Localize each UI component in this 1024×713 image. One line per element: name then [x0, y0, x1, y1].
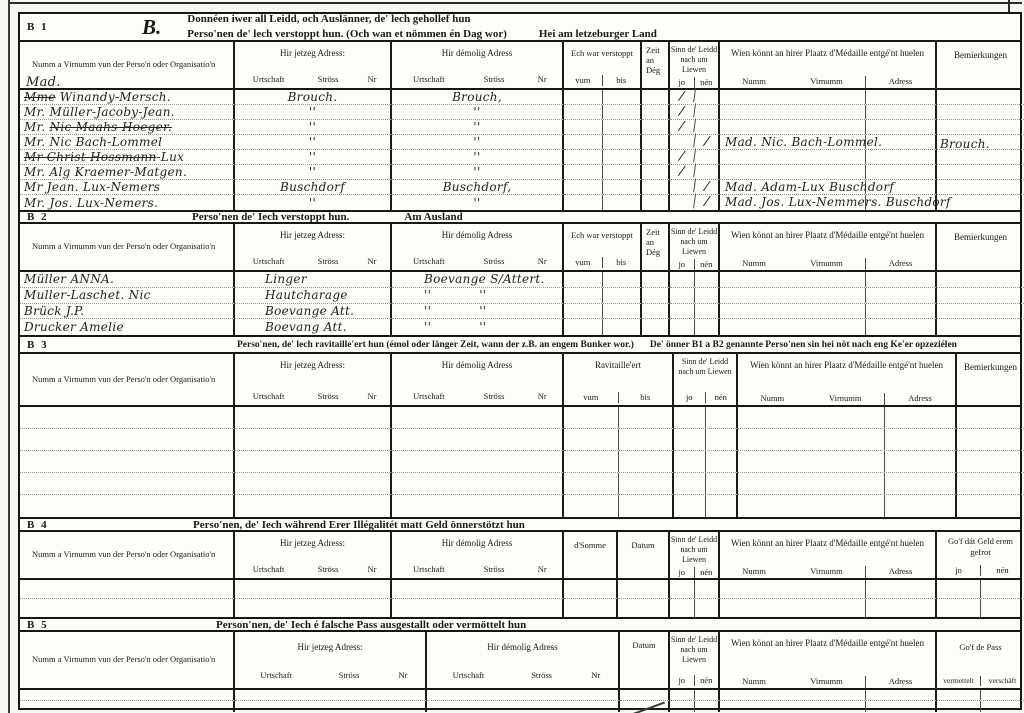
wien-cell	[738, 407, 957, 429]
sinn-cell	[670, 304, 720, 320]
table-row: Mr. Alg Kraemer-Matgen. '' '' /	[20, 165, 1020, 180]
table-row	[20, 599, 1020, 618]
vum-label: vum	[564, 75, 602, 86]
table-row	[20, 690, 1020, 701]
urtschaft-label: Urtschaft	[392, 256, 466, 266]
nr-label: Nr	[522, 391, 562, 401]
col-header-jetzeg-adress: Hir jetzeg Adress: UrtschaftStrössNr	[235, 224, 392, 270]
nen-label: nén	[980, 565, 1024, 576]
name-cell: Mme Winandy-Mersch.	[20, 90, 235, 105]
verstoppt-cell	[564, 135, 642, 150]
bemierkungen-cell	[937, 105, 1024, 120]
demolig-cell: ''	[392, 135, 564, 150]
name-cell: Mr Jean. Lux-Nemers	[20, 180, 235, 195]
demolig-cell	[392, 407, 564, 429]
jetzeg-cell: ''	[235, 195, 392, 210]
virnumm-label: Virnumm	[810, 76, 843, 86]
col-header-name: Numm a Virnumm vun der Perso'n oder Orga…	[20, 42, 235, 88]
nr-label: Nr	[354, 564, 390, 574]
demolig-cell: ''	[392, 150, 564, 165]
ravitailleert-label: Ravitaille'ert	[564, 354, 672, 371]
stross-label: Ströss	[466, 256, 523, 266]
section-id: B 1	[20, 21, 110, 33]
jo-label: jo	[670, 567, 694, 578]
wien-label: Wien könnt an hirer Plaatz d'Médaille en…	[720, 42, 935, 59]
gof-geld-cell	[937, 599, 1024, 618]
table-row	[20, 495, 1020, 517]
jetzeg-cell: ''	[235, 150, 392, 165]
col-header-sinn: Sinn de' Leidd nach um Liewen jonén	[670, 42, 720, 88]
sinn-label: Sinn de' Leidd nach um Liewen	[670, 632, 718, 665]
demolig-cell: ''	[392, 195, 564, 210]
zeit-cell	[642, 165, 670, 180]
handwritten-mad: Mad.	[26, 76, 61, 89]
nr-label: Nr	[381, 670, 425, 680]
demolig-cell	[392, 429, 564, 451]
stross-label: Ströss	[302, 74, 354, 84]
bemierkungen-cell	[937, 304, 1024, 320]
section-title-line1: Donnéen iwer all Leidd, och Auslänner, d…	[187, 13, 657, 26]
sinn-cell	[674, 407, 738, 429]
table-row: Drucker Amelie Boevang Att. ''''	[20, 319, 1020, 335]
urtschaft-label: Urtschaft	[235, 670, 317, 680]
section-id: B 3	[20, 339, 110, 351]
nr-label: Nr	[522, 256, 562, 266]
wien-cell	[720, 319, 937, 335]
section-b5: B 5 Person'nen, de' Iech é falsche Pass …	[20, 617, 1020, 712]
urtschaft-label: Urtschaft	[235, 256, 302, 266]
wien-cell: Mad. Jos. Lux-Nemmers. Buschdorf	[720, 195, 937, 210]
wien-cell	[720, 690, 937, 701]
col-header-datum: Datum	[618, 532, 670, 578]
b4-column-headers: Numm a Virnumm vun der Perso'n oder Orga…	[20, 532, 1020, 580]
datum-cell	[618, 580, 670, 599]
jetzeg-cell: Hautcharage	[235, 288, 392, 304]
wien-label: Wien könnt an hirer Plaatz d'Médaille en…	[720, 532, 935, 549]
section-title-line2: Perso'nen de' lech verstoppt hun. (Och w…	[187, 28, 507, 40]
zeit-label: Zeit an Dég	[646, 45, 668, 76]
zeit-cell	[642, 304, 670, 320]
name-cell	[20, 429, 235, 451]
nr-label: Nr	[522, 74, 562, 84]
jetzeg-label: Hir jetzeg Adress:	[235, 224, 390, 241]
zeit-cell	[642, 319, 670, 335]
wien-cell	[720, 90, 937, 105]
section-title: Perso'nen, de' lech ravitaille'ert hun (…	[237, 340, 634, 350]
scan-edge-tick	[1008, 0, 1010, 12]
col-header-verstoppt: Ech war verstoppt vumbis	[564, 224, 642, 270]
stross-label: Ströss	[466, 391, 523, 401]
table-row: Mr Jean. Lux-Nemers Buschdorf Buschdorf,…	[20, 180, 1020, 195]
col-header-name: Numm a Virnumm vun der Perso'n oder Orga…	[20, 354, 235, 405]
jetzeg-cell: Boevange Att.	[235, 304, 392, 320]
name-cell	[20, 495, 235, 517]
col-header-wien: Wien könnt an hirer Plaatz d'Médaille en…	[720, 532, 937, 578]
wien-cell	[738, 473, 957, 495]
sinn-label: Sinn de' Leidd nach um Liewen	[674, 354, 736, 377]
demolig-cell	[392, 473, 564, 495]
demolig-cell: ''''	[392, 319, 564, 335]
table-row	[20, 580, 1020, 599]
demolig-cell: ''	[392, 120, 564, 135]
name-cell: Drucker Amelie	[20, 319, 235, 335]
jetzeg-cell: ''	[235, 165, 392, 180]
virnumm-label: Virnumm	[810, 566, 843, 576]
demolig-cell: ''	[392, 105, 564, 120]
ravitailleert-cell	[564, 495, 674, 517]
adress-label: Adress	[865, 676, 935, 688]
name-cell: Mr. Müller-Jacoby-Jean.	[20, 105, 235, 120]
gof-pass-cell	[937, 701, 1024, 712]
name-col-label: Numm a Virnumm vun der Perso'n oder Orga…	[32, 241, 223, 252]
bemierkungen-cell	[937, 288, 1024, 304]
demolig-cell: ''''	[392, 288, 564, 304]
b3-table-body	[20, 407, 1020, 517]
col-header-demolig-adress: Hir démolig Adress UrtschaftStrössNr	[392, 42, 564, 88]
section-b4: B 4 Perso'nen, de' Iech während Erer Ill…	[20, 517, 1020, 617]
bemierkungen-label: Bemierkungen	[937, 50, 1024, 60]
col-header-ravitailleert: Ravitaille'ert vumbis	[564, 354, 674, 405]
questionnaire-form: B 1 B. Donnéen iwer all Leidd, och Auslä…	[18, 12, 1022, 710]
jetzeg-cell	[235, 495, 392, 517]
zeit-cell	[642, 195, 670, 210]
jo-label: jo	[674, 392, 705, 403]
jetzeg-cell	[235, 429, 392, 451]
wien-cell	[738, 429, 957, 451]
demolig-cell: Boevange S/Attert.	[392, 272, 564, 288]
zeit-cell	[642, 150, 670, 165]
sinn-label: Sinn de' Leidd nach um Liewen	[670, 532, 718, 565]
adress-label: Adress	[865, 258, 935, 270]
wien-cell	[720, 150, 937, 165]
sinn-cell	[670, 690, 720, 701]
bemierkungen-label: Bemierkungen	[957, 362, 1024, 372]
section-b3: B 3 Perso'nen, de' lech ravitaille'ert h…	[20, 335, 1020, 517]
bis-label: bis	[618, 392, 673, 403]
verschaft-label: verschäft	[980, 676, 1024, 686]
jetzeg-cell	[235, 473, 392, 495]
nen-label: nén	[694, 259, 719, 270]
zeit-cell	[642, 120, 670, 135]
wien-cell	[720, 580, 937, 599]
verstoppt-cell	[564, 90, 642, 105]
col-header-bemierkungen: Bemierkungen	[937, 42, 1024, 88]
zeit-cell	[642, 272, 670, 288]
name-cell	[20, 690, 235, 701]
gof-pass-cell	[937, 690, 1024, 701]
demolig-cell: Buschdorf,	[392, 180, 564, 195]
section-id: B 5	[20, 619, 110, 631]
urtschaft-label: Urtschaft	[392, 74, 466, 84]
section-big-letter: B.	[142, 15, 161, 40]
wien-cell	[738, 451, 957, 473]
urtschaft-label: Urtschaft	[427, 670, 510, 680]
section-id: B 4	[20, 519, 110, 531]
demolig-label: Hir démolig Adress	[392, 224, 562, 241]
nen-label: nén	[694, 675, 719, 686]
section-id: B 2	[20, 211, 110, 223]
jetzeg-cell: ''	[235, 120, 392, 135]
jetzeg-cell: ''	[235, 135, 392, 150]
b4-table-body	[20, 580, 1020, 617]
col-header-wien: Wien könnt an hirer Plaatz d'Médaille en…	[738, 354, 957, 405]
urtschaft-label: Urtschaft	[392, 391, 466, 401]
col-header-wien: Wien könnt an hirer Plaatz d'Médaille en…	[720, 42, 937, 88]
demolig-cell	[392, 599, 564, 618]
name-col-label: Numm a Virnumm vun der Perso'n oder Orga…	[32, 59, 223, 70]
stross-label: Ströss	[466, 564, 523, 574]
stross-label: Ströss	[466, 74, 523, 84]
verstoppt-cell	[564, 304, 642, 320]
col-header-sinn: Sinn de' Leidd nach um Liewen jonén	[670, 532, 720, 578]
gof-pass-label: Go'f de Pass	[937, 632, 1024, 653]
bemierkungen-cell: Brouch.	[937, 135, 1024, 150]
jetzeg-cell: Buschdorf	[235, 180, 392, 195]
zeit-cell	[642, 105, 670, 120]
b5-column-headers: Numm a Virnumm vun der Perso'n oder Orga…	[20, 632, 1020, 690]
jetzeg-label: Hir jetzeg Adress:	[235, 632, 425, 653]
sinn-cell: /	[670, 195, 720, 210]
bemierkungen-cell	[957, 473, 1024, 495]
wien-label: Wien könnt an hirer Plaatz d'Médaille en…	[720, 224, 935, 241]
bemierkungen-cell	[957, 429, 1024, 451]
name-col-label: Numm a Virnumm vun der Perso'n oder Orga…	[32, 374, 223, 385]
datum-label: Datum	[618, 540, 668, 550]
adress-label: Adress	[865, 76, 935, 88]
name-cell: Müller ANNA.	[20, 272, 235, 288]
adress-label: Adress	[865, 566, 935, 578]
numm-label: Numm	[742, 258, 766, 268]
section-title: Perso'nen, de' Iech während Erer Illégal…	[193, 519, 525, 531]
wien-cell	[720, 120, 937, 135]
jetzeg-cell: ''	[235, 105, 392, 120]
table-row: Muller-Laschet. Nic Hautcharage ''''	[20, 288, 1020, 304]
vum-label: vum	[564, 257, 602, 268]
col-header-jetzeg-adress: Hir jetzeg Adress: UrtschaftStrössNr	[235, 354, 392, 405]
demolig-cell	[427, 701, 620, 712]
wien-cell	[738, 495, 957, 517]
bis-label: bis	[602, 257, 641, 268]
sinn-cell	[670, 319, 720, 335]
section-title: Person'nen, de' Iech é falsche Pass ausg…	[216, 619, 526, 631]
wien-cell	[720, 288, 937, 304]
name-cell: Brück J.P.	[20, 304, 235, 320]
verstoppt-cell	[564, 165, 642, 180]
b2-table-body: Müller ANNA. Linger Boevange S/Attert. M…	[20, 272, 1020, 335]
name-cell: Mr Christ Hossmann-Lux	[20, 150, 235, 165]
verstoppt-label: Ech war verstoppt	[564, 42, 640, 59]
jo-label: jo	[670, 259, 694, 270]
jo-label: jo	[937, 565, 980, 576]
col-header-jetzeg-adress: Hir jetzeg Adress: UrtschaftStrössNr	[235, 532, 392, 578]
jetzeg-cell	[235, 451, 392, 473]
col-header-bemierkungen: Bemierkungen	[937, 224, 1024, 270]
section-title-right: Am Ausland	[404, 211, 462, 223]
col-header-wien: Wien könnt an hirer Plaatz d'Médaille en…	[720, 224, 937, 270]
col-header-verstoppt: Ech war verstoppt vumbis	[564, 42, 642, 88]
sinn-cell	[674, 429, 738, 451]
zeit-label: Zeit an Dég	[646, 227, 668, 258]
zeit-cell	[642, 288, 670, 304]
table-row: Brück J.P. Boevange Att. ''''	[20, 304, 1020, 320]
col-header-somme: d'Somme	[564, 532, 618, 578]
stross-label: Ströss	[510, 670, 574, 680]
nen-label: nén	[694, 77, 719, 88]
col-header-zeit: Zeit an Dég	[642, 42, 670, 88]
name-cell	[20, 599, 235, 618]
section-b1-title: B 1 B. Donnéen iwer all Leidd, och Auslä…	[20, 14, 1020, 42]
verstoppt-cell	[564, 180, 642, 195]
stross-label: Ströss	[302, 256, 354, 266]
wien-cell	[720, 272, 937, 288]
ravitailleert-cell	[564, 429, 674, 451]
table-row: Mr. Müller-Jacoby-Jean. '' '' /	[20, 105, 1020, 120]
demolig-label: Hir démolig Adress	[392, 354, 562, 371]
col-header-demolig-adress: Hir démolig Adress UrtschaftStrössNr	[427, 632, 620, 688]
col-header-jetzeg-adress: Hir jetzeg Adress: UrtschaftStrössNr	[235, 632, 427, 688]
urtschaft-label: Urtschaft	[235, 564, 302, 574]
wien-cell: Mad. Adam-Lux Buschdorf	[720, 180, 937, 195]
urtschaft-label: Urtschaft	[235, 74, 302, 84]
col-header-name: Numm a Virnumm vun der Perso'n oder Orga…	[20, 632, 235, 688]
bemierkungen-cell	[937, 120, 1024, 135]
section-title-2: De' önner B1 a B2 genannte Perso'nen sin…	[650, 340, 957, 350]
section-b2-title: B 2 Perso'nen de' Iech verstoppt hun. Am…	[20, 210, 1020, 224]
name-cell	[20, 701, 235, 712]
col-header-demolig-adress: Hir démolig Adress UrtschaftStrössNr	[392, 354, 564, 405]
name-col-label: Numm a Virnumm vun der Perso'n oder Orga…	[32, 654, 223, 665]
zeit-cell	[642, 90, 670, 105]
col-header-sinn: Sinn de' Leidd nach um Liewen jonén	[670, 632, 720, 688]
jetzeg-cell	[235, 701, 427, 712]
col-header-demolig-adress: Hir démolig Adress UrtschaftStrössNr	[392, 224, 564, 270]
b1-table-body: Mme Winandy-Mersch. Brouch. Brouch, / Mr…	[20, 90, 1020, 210]
sinn-label: Sinn de' Leidd nach um Liewen	[670, 42, 718, 75]
zeit-cell	[642, 180, 670, 195]
pen-stroke	[623, 702, 665, 713]
jo-label: jo	[670, 675, 694, 686]
vermettelt-label: vermettelt	[937, 676, 980, 686]
sinn-cell	[674, 451, 738, 473]
bemierkungen-label: Bemierkungen	[937, 232, 1024, 242]
virnumm-label: Virnumm	[810, 258, 843, 268]
name-cell	[20, 580, 235, 599]
col-header-gof-pass: Go'f de Pass vermetteltverschäft	[937, 632, 1024, 688]
jetzeg-label: Hir jetzeg Adress:	[235, 42, 390, 59]
col-header-wien: Wien könnt an hirer Plaatz d'Médaille en…	[720, 632, 937, 688]
bemierkungen-cell	[937, 165, 1024, 180]
scan-edge-top	[8, 2, 1022, 4]
urtschaft-label: Urtschaft	[392, 564, 466, 574]
table-row	[20, 407, 1020, 429]
table-row: Mr Christ Hossmann-Lux '' '' /	[20, 150, 1020, 165]
wien-label: Wien könnt an hirer Plaatz d'Médaille en…	[738, 354, 955, 371]
virnumm-label: Virnumm	[829, 393, 862, 403]
name-cell: Mr. Nic Maahs-Hoeger.	[20, 120, 235, 135]
nr-label: Nr	[354, 256, 390, 266]
jetzeg-cell: Boevang Att.	[235, 319, 392, 335]
jetzeg-cell: Brouch.	[235, 90, 392, 105]
gof-geld-cell	[937, 580, 1024, 599]
table-row: Mr. Nic Bach-Lommel '' '' / Mad. Nic. Ba…	[20, 135, 1020, 150]
verstoppt-cell	[564, 319, 642, 335]
numm-label: Numm	[760, 393, 784, 403]
table-row	[20, 429, 1020, 451]
verstoppt-cell	[564, 272, 642, 288]
name-col-label: Numm a Virnumm vun der Perso'n oder Orga…	[32, 549, 223, 560]
section-b1: B 1 B. Donnéen iwer all Leidd, och Auslä…	[20, 14, 1020, 210]
table-row: Müller ANNA. Linger Boevange S/Attert.	[20, 272, 1020, 288]
stross-label: Ströss	[317, 670, 380, 680]
vum-label: vum	[564, 392, 618, 403]
verstoppt-cell	[564, 288, 642, 304]
ravitailleert-cell	[564, 473, 674, 495]
b3-column-headers: Numm a Virnumm vun der Perso'n oder Orga…	[20, 354, 1020, 407]
nr-label: Nr	[354, 74, 390, 84]
bemierkungen-cell	[937, 319, 1024, 335]
nen-label: nén	[705, 392, 737, 403]
col-header-datum: Datum	[620, 632, 670, 688]
col-header-demolig-adress: Hir démolig Adress UrtschaftStrössNr	[392, 532, 564, 578]
name-cell	[20, 451, 235, 473]
col-header-name: Numm a Virnumm vun der Perso'n oder Orga…	[20, 224, 235, 270]
wien-cell	[720, 304, 937, 320]
table-row: Mme Winandy-Mersch. Brouch. Brouch, /	[20, 90, 1020, 105]
bemierkungen-cell	[937, 180, 1024, 195]
demolig-cell: ''''	[392, 304, 564, 320]
demolig-cell	[392, 495, 564, 517]
col-header-gof-geld: Go'f dát Geld erem gefrot jonén	[937, 532, 1024, 578]
b5-table-body	[20, 690, 1020, 712]
b2-column-headers: Numm a Virnumm vun der Perso'n oder Orga…	[20, 224, 1020, 272]
bemierkungen-cell	[957, 495, 1024, 517]
datum-cell	[620, 701, 670, 712]
sinn-cell	[670, 580, 720, 599]
col-header-jetzeg-adress: Hir jetzeg Adress: UrtschaftStrössNr	[235, 42, 392, 88]
adress-label: Adress	[884, 393, 955, 405]
jetzeg-cell	[235, 407, 392, 429]
bemierkungen-cell	[937, 150, 1024, 165]
bis-label: bis	[602, 75, 641, 86]
section-b4-title: B 4 Perso'nen, de' Iech während Erer Ill…	[20, 517, 1020, 532]
urtschaft-label: Urtschaft	[235, 391, 302, 401]
table-row: Mr. Jos. Lux-Nemers. '' '' / Mad. Jos. L…	[20, 195, 1020, 210]
demolig-cell	[392, 451, 564, 473]
col-header-sinn: Sinn de' Leidd nach um Liewen jonén	[674, 354, 738, 405]
demolig-label: Hir démolig Adress	[392, 42, 562, 59]
virnumm-label: Virnumm	[810, 676, 843, 686]
zeit-cell	[642, 135, 670, 150]
somme-cell	[564, 599, 618, 618]
demolig-label: Hir démolig Adress	[427, 632, 618, 653]
numm-label: Numm	[742, 566, 766, 576]
demolig-cell	[427, 690, 620, 701]
wien-cell: Mad. Nic. Bach-Lommel.	[720, 135, 937, 150]
name-cell: Mr. Jos. Lux-Nemers.	[20, 195, 235, 210]
sinn-cell	[670, 599, 720, 618]
section-b5-title: B 5 Person'nen, de' Iech é falsche Pass …	[20, 617, 1020, 632]
datum-label: Datum	[620, 640, 668, 650]
section-title-right: Hei am letzeburger Land	[539, 28, 657, 40]
demolig-cell: ''	[392, 165, 564, 180]
bemierkungen-cell	[937, 272, 1024, 288]
stross-label: Ströss	[302, 564, 354, 574]
col-header-name: Numm a Virnumm vun der Perso'n oder Orga…	[20, 532, 235, 578]
name-cell: Mr. Nic Bach-Lommel	[20, 135, 235, 150]
sinn-cell	[670, 272, 720, 288]
nr-label: Nr	[354, 391, 390, 401]
demolig-label: Hir démolig Adress	[392, 532, 562, 549]
